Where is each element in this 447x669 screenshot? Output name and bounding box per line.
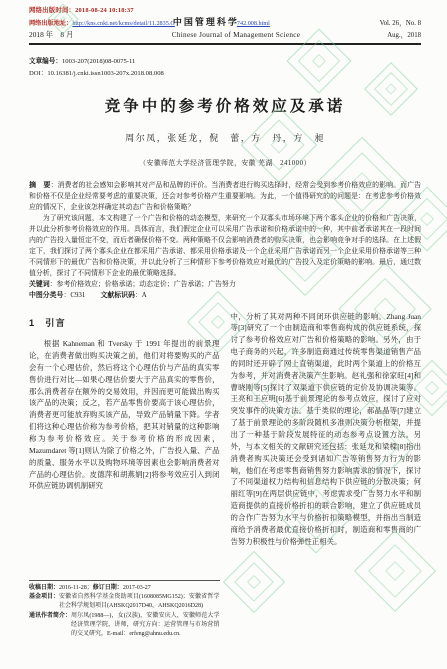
journal-volume: Vol. 26，No. 8	[380, 17, 421, 27]
article-number-line: 文章编号：1003-207(2018)08-0075-11	[29, 56, 421, 68]
fund-line: 基金项目：安徽省自然科学基金资助项目(1608085MG152)；安徽省哲学社会…	[29, 593, 220, 612]
page-title: 竞争中的参考价格效应及承诺	[29, 94, 421, 116]
issue-date-en: Aug.，2018	[357, 29, 421, 39]
abstract-block: 摘 要：消费者的社会感知会影响其对产品和品牌的评价。当消费者进行购买选择时，经常…	[29, 180, 421, 280]
clc-value: ：C931	[63, 292, 85, 299]
clc-label: 中图分类号	[29, 292, 63, 299]
online-publish-time: 网络出版时间：2018-08-24 10:18:37	[29, 5, 421, 14]
received-label: 收稿日期：	[29, 585, 59, 591]
abstract-label: 摘 要	[29, 181, 51, 189]
author-bio-line: 通讯作者简介：周尔凤(1988—)，女(汉族)，安徽安庆人，安徽师范大学经济管理…	[29, 612, 220, 640]
article-meta: 文章编号：1003-207(2018)08-0075-11 DOI：10.163…	[29, 56, 421, 80]
fund-text: 安徽省自然科学基金资助项目(1608085MG152)；安徽省哲学社会科学规划项…	[59, 593, 219, 612]
journal-name-cn: 中国管理科学	[173, 15, 239, 28]
footnote-block: 收稿日期：2016-11-28；修订日期：2017-03-27 基金项目：安徽省…	[29, 580, 220, 640]
body-columns: 1 引言 根据 Kahneman 和 Tversky 于 1991 年提出的前景…	[29, 311, 421, 640]
left-column-paragraph: 根据 Kahneman 和 Tversky 于 1991 年提出的前景理论，在消…	[29, 338, 220, 492]
header-row-date: 2018 年 8 月 Chinese Journal of Management…	[29, 29, 421, 40]
author-bio-text: 周尔凤(1988—)，女(汉族)，安徽安庆人，安徽师范大学经济管理学院，讲师，研…	[71, 612, 219, 640]
article-number-value: 1003-207(2018)08-0075-11	[62, 58, 135, 65]
keywords-label: 关键词	[29, 281, 50, 288]
doc-code-value: ：A	[135, 292, 147, 299]
doc-code-label: 文献标识码	[100, 292, 134, 299]
article-number-label: 文章编号：	[29, 58, 62, 65]
abstract-paragraph-2: 为了研究该问题，本文构建了一个广告和价格的动态模型，来研究一个双寡头市场环境下两…	[29, 213, 421, 279]
left-column: 1 引言 根据 Kahneman 和 Tversky 于 1991 年提出的前景…	[29, 311, 220, 640]
header-rule	[29, 43, 421, 45]
revised-value: 2017-03-27	[123, 585, 151, 591]
keywords-text: ：参考价格效应；价格承诺；动态定价；广告承诺；广告努力	[50, 281, 236, 288]
doi-line: DOI：10.16381/j.cnki.issn1003-207x.2018.0…	[29, 68, 421, 80]
received-value: 2016-11-28；	[59, 585, 93, 591]
journal-name-en: Chinese Journal of Management Science	[115, 31, 357, 39]
section-1-heading: 1 引言	[29, 316, 220, 331]
paper-page: 网络出版时间：2018-08-24 10:18:37 网络出版地址： http:…	[0, 0, 447, 669]
issue-date-cn: 2018 年 8 月	[29, 29, 115, 40]
cnki-url-right[interactable]: 742.008.html	[237, 20, 270, 27]
keywords-line: 关键词：参考价格效应；价格承诺；动态定价；广告承诺；广告努力	[29, 279, 421, 290]
journal-header: 网络出版时间：2018-08-24 10:18:37 网络出版地址： http:…	[29, 5, 421, 45]
right-column: 中，分析了其对两种不同闭环供应链的影响。Zhang Juan 等[3]研究了一个…	[231, 311, 422, 640]
affiliation-line: （安徽师范大学经济管理学院，安徽 芜湖 241000）	[29, 157, 421, 167]
online-publish-address-label: 网络出版地址：	[29, 18, 72, 27]
cnki-url-left[interactable]: http://kns.cnki.net/kcms/detail/11.2835.…	[72, 20, 175, 27]
revised-label: 修订日期：	[93, 585, 123, 591]
abstract-paragraph-1: 摘 要：消费者的社会感知会影响其对产品和品牌的评价。当消费者进行购买选择时，经常…	[29, 180, 421, 213]
fund-label: 基金项目：	[29, 593, 59, 612]
abstract-text-1: ：消费者的社会感知会影响其对产品和品牌的评价。当消费者进行购买选择时，经常会受到…	[29, 182, 421, 211]
right-column-paragraph: 中，分析了其对两种不同闭环供应链的影响。Zhang Juan 等[3]研究了一个…	[231, 311, 422, 548]
authors-line: 周尔凤，张延龙，倪 蕾，方 丹，方 昶	[29, 131, 421, 144]
header-row-address: 网络出版地址： http://kns.cnki.net/kcms/detail/…	[29, 15, 421, 28]
received-date-line: 收稿日期：2016-11-28；修订日期：2017-03-27	[29, 584, 220, 593]
author-bio-label: 通讯作者简介：	[29, 612, 71, 640]
classification-line: 中图分类号：C931文献标识码：A	[29, 290, 421, 301]
